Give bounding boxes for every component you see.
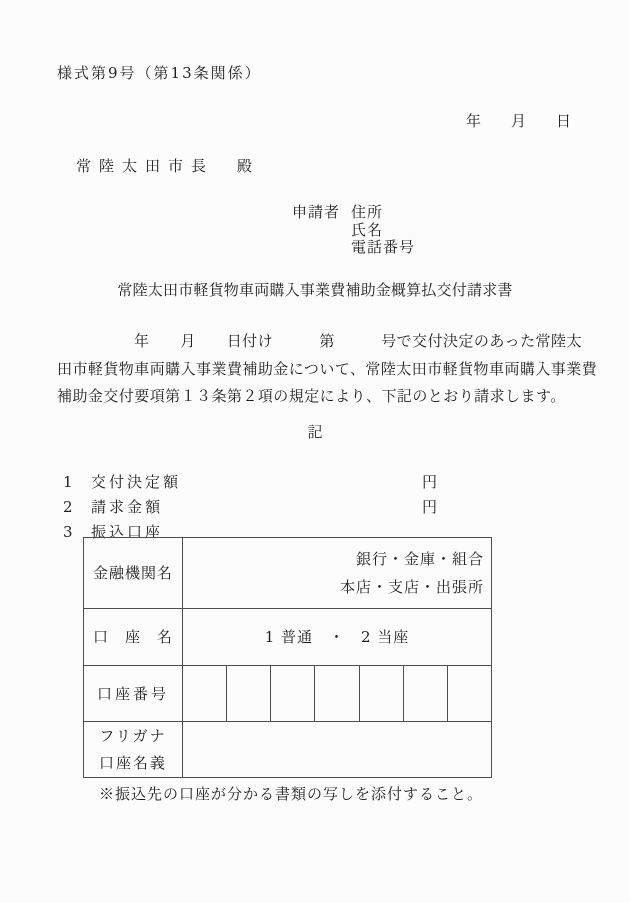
applicant-address-label: 住所 [351, 204, 415, 222]
table-row-financial-institution: 金融機関名 銀行・金庫・組合 本店・支店・出張所 [84, 538, 491, 608]
branch-type-options: 本店・支店・出張所 [340, 579, 484, 595]
financial-institution-header: 金融機関名 [84, 538, 183, 608]
account-number-header: 口座番号 [84, 666, 183, 721]
item-number: 2 [63, 495, 91, 520]
applicant-phone-label: 電話番号 [351, 239, 415, 257]
account-number-cells [183, 666, 491, 721]
account-number-cell [403, 666, 447, 721]
section-marker-ki: 記 [0, 424, 630, 440]
yen-unit-label: 円 [422, 495, 437, 520]
table-row-account-type: 口 座 名 1 普通 ・ 2 当座 [84, 608, 491, 665]
account-holder-header: フリガナ 口座名義 [84, 722, 183, 777]
financial-institution-options: 銀行・金庫・組合 本店・支店・出張所 [183, 538, 491, 608]
applicant-fields: 住所 氏名 電話番号 [351, 204, 415, 257]
table-row-account-holder: フリガナ 口座名義 [84, 721, 491, 777]
table-row-account-number: 口座番号 [84, 665, 491, 721]
bank-account-table: 金融機関名 銀行・金庫・組合 本店・支店・出張所 口 座 名 1 普通 ・ 2 … [83, 537, 492, 778]
account-holder-name-label: 口座名義 [99, 750, 167, 777]
body-paragraph-line2: 田市軽貨物車両購入事業費補助金について、常陸太田市軽貨物車両購入事業費 [57, 356, 582, 384]
furigana-label: フリガナ [99, 723, 166, 750]
bank-type-options: 銀行・金庫・組合 [356, 551, 484, 567]
applicant-name-label: 氏名 [351, 222, 415, 240]
document-page: 様式第9号（第13条関係） 年 月 日 常陸太田市長 殿 申請者 住所 氏名 電… [0, 0, 630, 903]
item-label: 交付決定額 [91, 473, 181, 491]
account-type-header: 口 座 名 [84, 609, 183, 665]
account-holder-value-cell [183, 722, 491, 777]
applicant-block: 申請者 住所 氏名 電話番号 [292, 204, 415, 257]
item-number: 1 [63, 470, 91, 495]
body-paragraph-line3: 補助金交付要項第１３条第２項の規定により、下記のとおり請求します。 [57, 383, 582, 411]
request-items-list: 1交付決定額 円 2請求金額 円 3振込口座 [63, 470, 533, 545]
attachment-note: ※振込先の口座が分かる書類の写しを添付すること。 [99, 786, 483, 802]
item-grant-decision-amount: 1交付決定額 円 [63, 470, 533, 495]
document-title: 常陸太田市軽貨物車両購入事業費補助金概算払交付請求書 [0, 282, 630, 298]
form-number: 様式第9号（第13条関係） [57, 65, 262, 81]
account-number-cell [183, 666, 226, 721]
applicant-label: 申請者 [292, 204, 340, 257]
account-number-cell [359, 666, 403, 721]
yen-unit-label: 円 [422, 470, 437, 495]
account-number-cell [447, 666, 491, 721]
account-number-cell [314, 666, 358, 721]
addressee-line: 常陸太田市長 殿 [76, 158, 260, 174]
body-paragraph-line1: 年 月 日付け 第 号で交付決定のあった常陸太 [57, 328, 582, 356]
body-paragraph: 年 月 日付け 第 号で交付決定のあった常陸太 田市軽貨物車両購入事業費補助金に… [57, 328, 582, 411]
item-request-amount: 2請求金額 円 [63, 495, 533, 520]
date-blank-line: 年 月 日 [466, 113, 571, 129]
account-number-cell [270, 666, 314, 721]
account-number-cell [226, 666, 270, 721]
account-type-options: 1 普通 ・ 2 当座 [183, 609, 491, 665]
item-label: 請求金額 [91, 498, 163, 516]
